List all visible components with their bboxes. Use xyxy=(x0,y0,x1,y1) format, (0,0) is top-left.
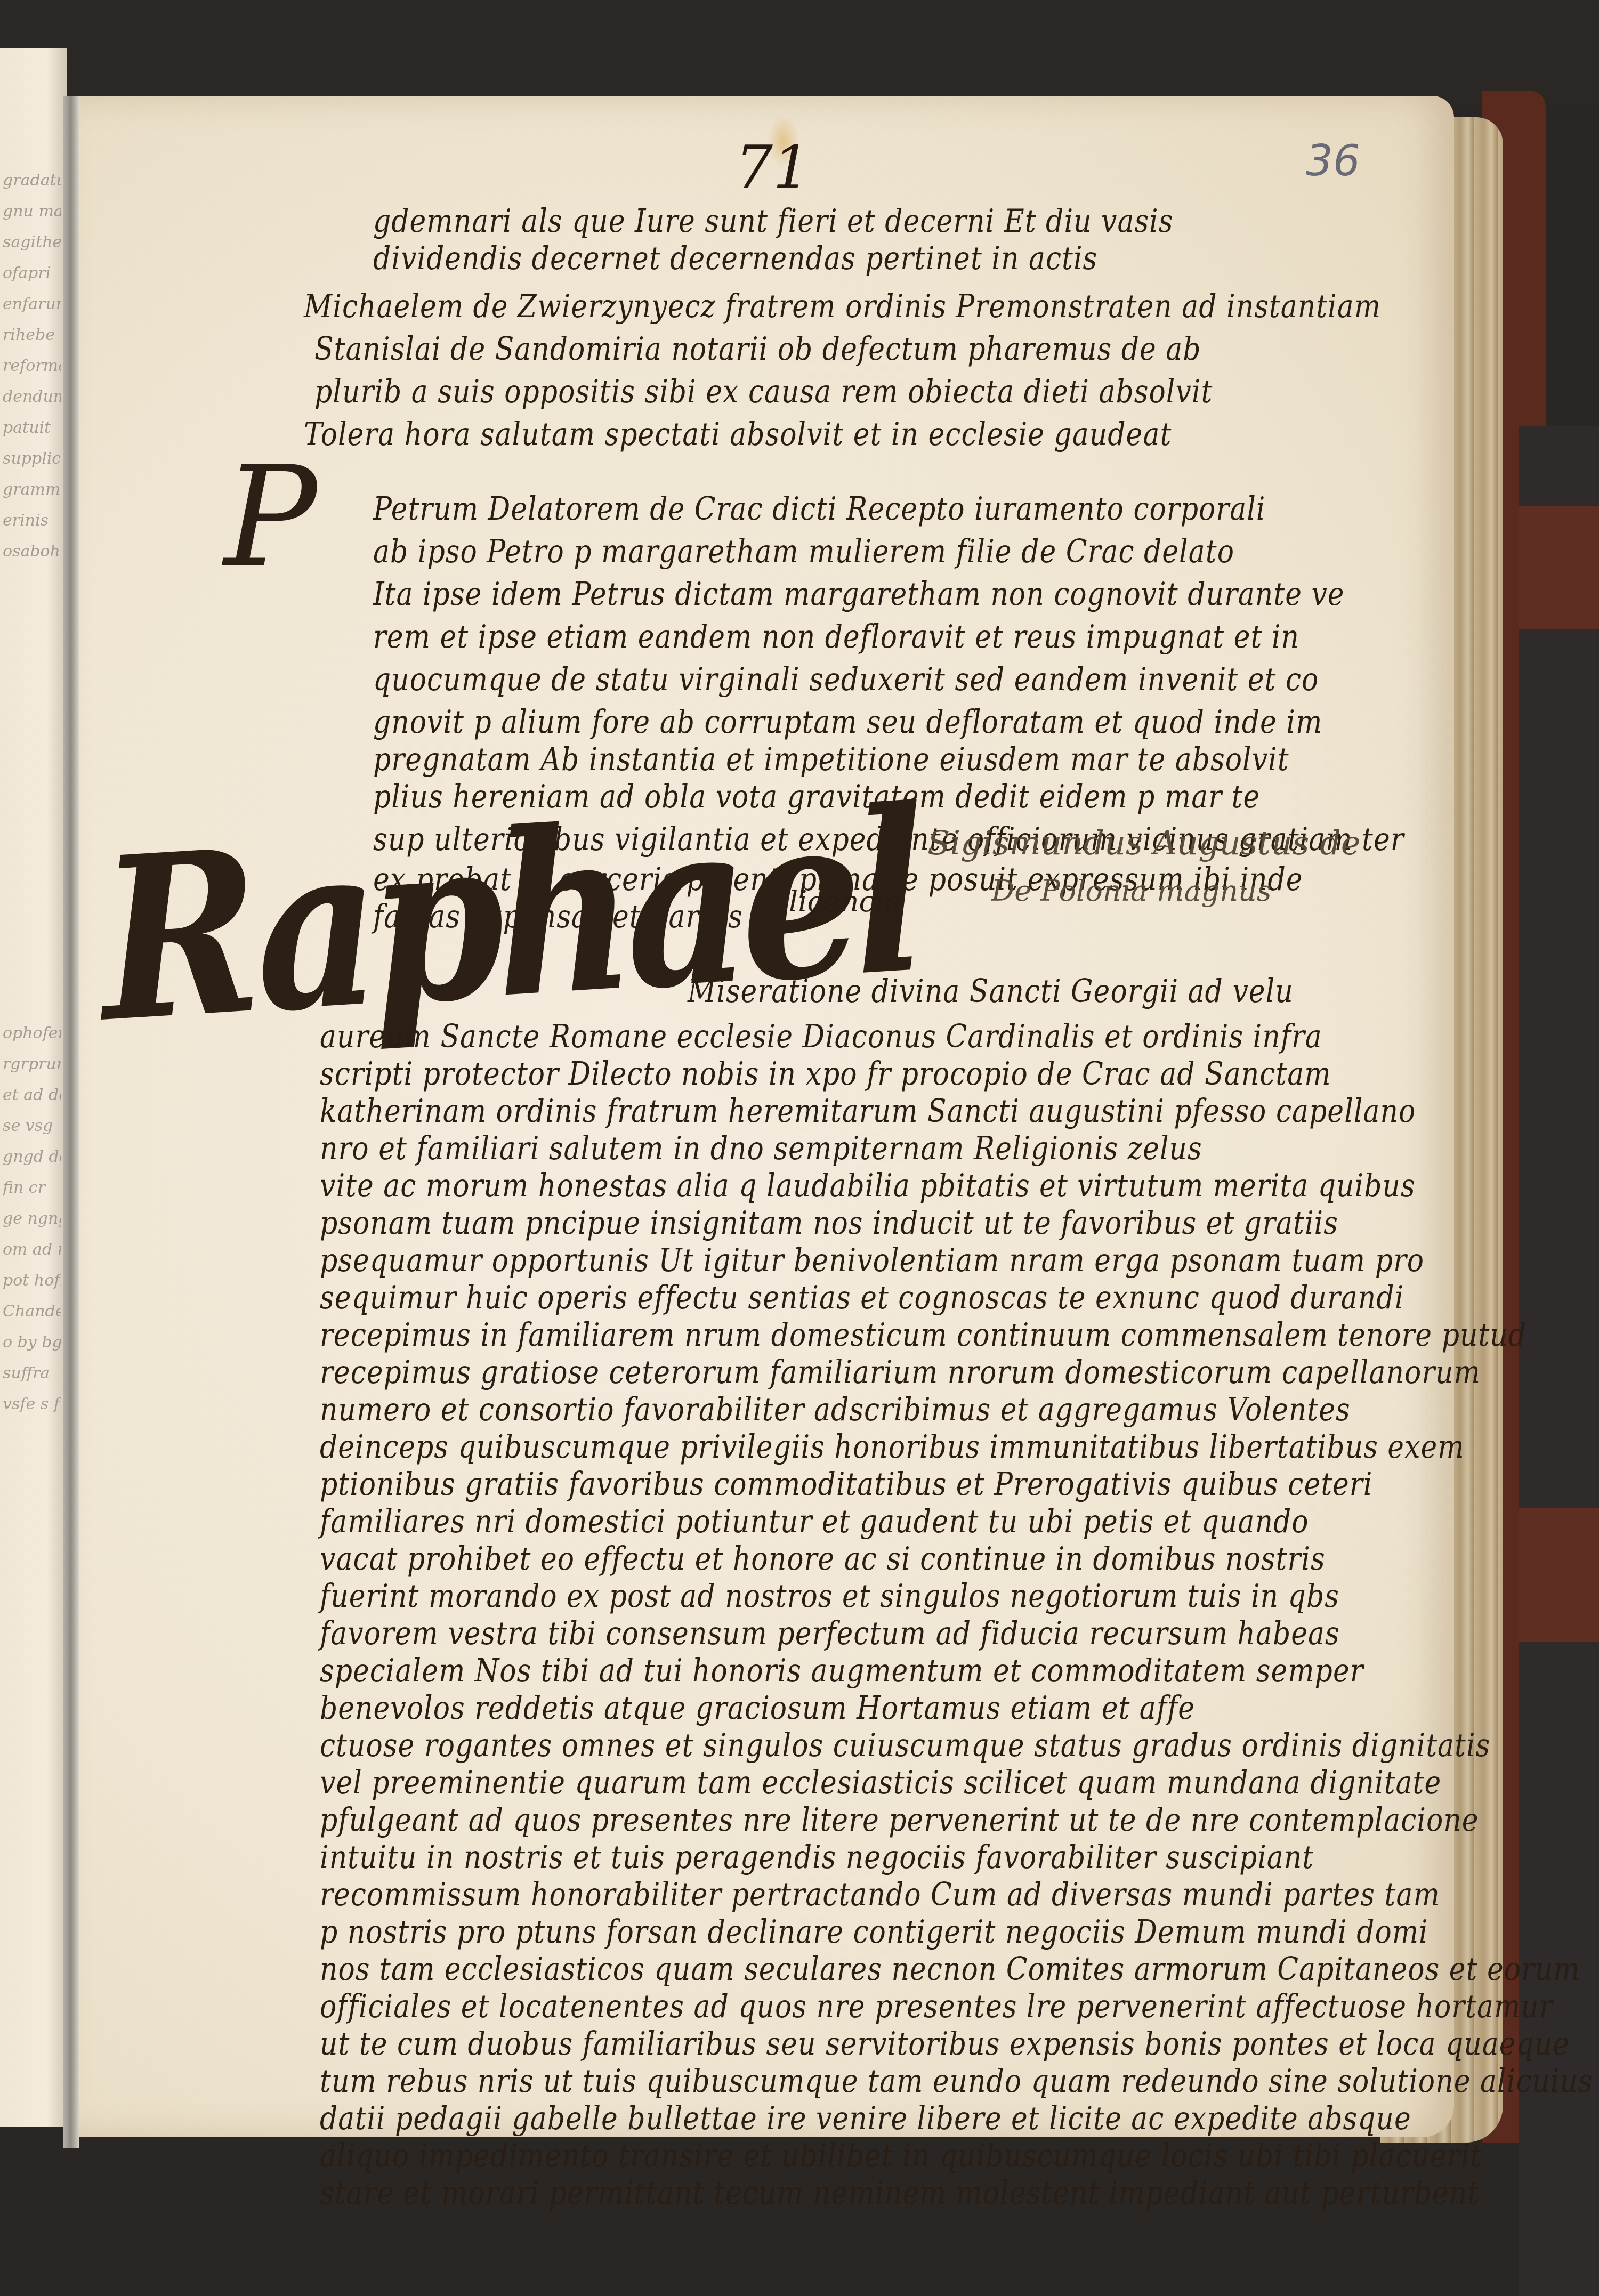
text-line: Ita ipse idem Petrus dictam margaretham … xyxy=(373,576,1345,613)
ghost-line: ophofer xyxy=(3,1018,61,1049)
text-line: gdemnari als que Iure sunt fieri et dece… xyxy=(373,203,1173,240)
text-line: aliquo impedimento transire et ubilibet … xyxy=(320,2138,1482,2174)
text-line: recepimus gratiose ceterorum familiarium… xyxy=(320,1354,1481,1391)
ghost-line: Chandel xyxy=(3,1296,61,1327)
text-line: deinceps quibuscumque privilegiis honori… xyxy=(320,1429,1465,1466)
ghost-line: et ad de xyxy=(3,1080,61,1111)
ghost-line: rihebe xyxy=(3,320,61,351)
text-line: dividendis decernet decernendas pertinet… xyxy=(373,240,1097,277)
text-line: scripti protector Dilecto nobis in xpo f… xyxy=(320,1056,1331,1093)
text-line: stare et morari permittant tecum neminem… xyxy=(320,2175,1479,2212)
ghost-line: enfarunde xyxy=(3,289,61,320)
left-facing-page: gradatum gnu mafum sagitheschis ofapri e… xyxy=(0,48,67,2127)
background-strip xyxy=(1519,426,1599,506)
folio-number-ink: 71 xyxy=(736,133,810,201)
ghost-line: ofapri xyxy=(3,258,61,289)
book-gutter xyxy=(63,96,79,2148)
text-line: Tolera hora salutam spectati absolvit et… xyxy=(304,416,1172,453)
ghost-line: gnu mafum xyxy=(3,196,61,227)
text-line: numero et consortio favorabiliter adscri… xyxy=(320,1392,1351,1428)
ghost-line: erinis xyxy=(3,505,61,536)
ghost-line: sagitheschis xyxy=(3,227,61,258)
text-line: pfulgeant ad quos presentes nre litere p… xyxy=(320,1802,1479,1839)
text-line: familiares nri domestici potiuntur et ga… xyxy=(320,1503,1309,1540)
ghost-line: fin cr xyxy=(3,1173,61,1203)
text-line: favorem vestra tibi consensum perfectum … xyxy=(320,1615,1340,1652)
text-line: katherinam ordinis fratrum heremitarum S… xyxy=(320,1093,1416,1130)
text-line: specialem Nos tibi ad tui honoris augmen… xyxy=(320,1653,1364,1689)
text-line: fuerint morando ex post ad nostros et si… xyxy=(320,1578,1339,1615)
text-line: intuitu in nostris et tuis peragendis ne… xyxy=(320,1839,1314,1876)
ghost-line: ge ngng lol xyxy=(3,1203,61,1234)
text-line: Petrum Delatorem de Crac dicti Recepto i… xyxy=(373,491,1265,528)
ghost-line: dendum xyxy=(3,382,61,413)
text-line: gnovit p alium fore ab corruptam seu def… xyxy=(373,704,1322,741)
text-line: ut te cum duobus familiaribus seu servit… xyxy=(320,2026,1570,2063)
folio-number-pencil: 36 xyxy=(1306,136,1360,185)
ghost-line: grammatis xyxy=(3,474,61,505)
ghost-line: suffra xyxy=(3,1358,61,1389)
text-line: Miseratione divina Sancti Georgii ad vel… xyxy=(688,973,1294,1010)
ghost-line: patuit xyxy=(3,413,61,443)
text-line: Stanislai de Sandomiria notarii ob defec… xyxy=(314,331,1201,368)
text-line: officiales et locatenentes ad quos nre p… xyxy=(320,1988,1553,2025)
initial-p: P xyxy=(224,437,317,598)
ghost-line: om ad m xyxy=(3,1234,61,1265)
text-line: datii pedagii gabelle bullettae ire veni… xyxy=(320,2100,1411,2137)
section-heading: licencia xyxy=(789,885,901,918)
ghost-line: reforma xyxy=(3,351,61,382)
text-line: ab ipso Petro p margaretham mulierem fil… xyxy=(373,533,1234,570)
text-line: rem et ipse etiam eandem non defloravit … xyxy=(373,619,1299,656)
signature-line: De Polonia magnus xyxy=(991,874,1272,908)
text-line: vite ac morum honestas alia q laudabilia… xyxy=(320,1168,1416,1204)
text-line: ptionibus gratiis favoribus commoditatib… xyxy=(320,1466,1372,1503)
text-line: quocumque de statu virginali seduxerit s… xyxy=(373,661,1319,698)
text-line: p nostris pro ptuns forsan declinare con… xyxy=(320,1914,1428,1951)
text-line: psequamur opportunis Ut igitur benivolen… xyxy=(320,1242,1424,1279)
text-line: tum rebus nris ut tuis quibuscumque tam … xyxy=(320,2063,1593,2100)
text-line: nos tam ecclesiasticos quam seculares ne… xyxy=(320,1951,1580,1988)
binding-strap-upper xyxy=(1519,506,1599,629)
text-line: benevolos reddetis atque graciosum Horta… xyxy=(320,1690,1195,1727)
ghost-line: gngd de fo xyxy=(3,1142,61,1173)
text-line: aureum Sancte Romane ecclesie Diaconus C… xyxy=(320,1018,1322,1055)
ghost-line: supplicat xyxy=(3,443,61,474)
ghost-line: o by bgmi xyxy=(3,1327,61,1358)
ghost-line: se vsg xyxy=(3,1111,61,1142)
ghost-line: rgrprun xyxy=(3,1049,61,1080)
left-page-text-lower: ophofer rgrprun et ad de se vsg gngd de … xyxy=(3,1018,61,1420)
binding-strap-lower xyxy=(1519,1508,1599,1642)
text-line: vel preeminentie quarum tam ecclesiastic… xyxy=(320,1765,1441,1801)
text-line: recepimus in familiarem nrum domesticum … xyxy=(320,1317,1527,1354)
text-line: vacat prohibet eo effectu et honore ac s… xyxy=(320,1541,1326,1578)
text-line: nro et familiari salutem in dno sempiter… xyxy=(320,1130,1202,1167)
text-line: ctuose rogantes omnes et singulos cuiusc… xyxy=(320,1727,1490,1764)
ghost-line: osaboh xyxy=(3,536,61,567)
text-line: recommissum honorabiliter pertractando C… xyxy=(320,1877,1440,1913)
left-page-text: gradatum gnu mafum sagitheschis ofapri e… xyxy=(3,165,61,567)
ghost-line: vsfe s f xyxy=(3,1389,61,1420)
text-line: plurib a suis oppositis sibi ex causa re… xyxy=(314,374,1213,410)
ghost-line: gradatum xyxy=(3,165,61,196)
background-top xyxy=(0,0,1599,107)
background-strip xyxy=(1519,629,1599,1508)
text-line: psonam tuam pncipue insignitam nos induc… xyxy=(320,1205,1338,1242)
ghost-line: pot hofl xyxy=(3,1265,61,1296)
text-line: sequimur huic operis effectu sentias et … xyxy=(320,1280,1404,1316)
text-line: Michaelem de Zwierzynyecz fratrem ordini… xyxy=(304,288,1381,325)
signature-line: Sigismundus Augustus de xyxy=(927,823,1360,862)
